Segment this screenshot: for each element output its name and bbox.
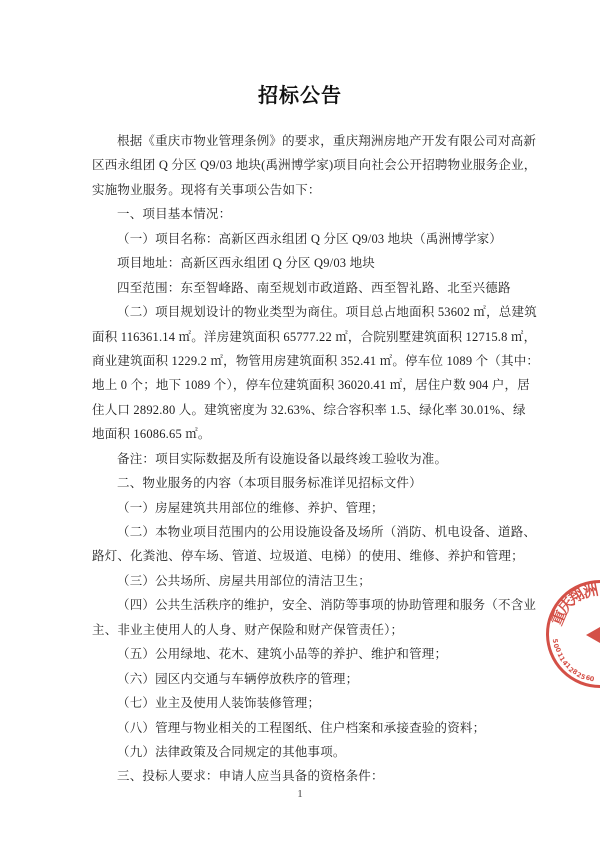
seal-arc-char: 庆	[554, 593, 579, 618]
seal-serial-digit: 0	[551, 641, 561, 651]
text-line: （三）公共场所、房屋共用部位的清洁卫生；	[92, 569, 522, 593]
text-line: 路灯、化粪池、停车场、管道、垃圾道、电梯）的使用、维修、养护和管理；	[92, 544, 522, 568]
text-line: 区西永组团 Q 分区 Q9/03 地块(禹洲博学家)项目向社会公开招聘物业服务企…	[92, 153, 522, 177]
text-line: 四至范围：东至智峰路、南至规划市政道路、西至智礼路、北至兴德路	[92, 276, 522, 300]
text-line: （四）公共生活秩序的维护，安全、消防等事项的协助管理和服务（不含业	[92, 593, 522, 617]
seal-serial-digit: 8	[569, 667, 580, 678]
document-title: 招标公告	[0, 84, 600, 108]
scanned-document-page: { "document": { "title": "招标公告", "page_n…	[0, 0, 600, 848]
seal-serial-digit: 0	[553, 645, 563, 655]
text-line: 主、非业主使用人的人身、财产保险和财产保管责任）；	[92, 618, 522, 642]
text-line: 住人口 2892.80 人。建筑密度为 32.63%、综合容积率 1.5、绿化率…	[92, 398, 522, 422]
text-line: 根据《重庆市物业管理条例》的要求，重庆翔洲房地产开发有限公司对高新	[92, 129, 522, 153]
seal-arc-char: 翔	[565, 585, 590, 610]
seal-serial-digit: 2	[565, 664, 576, 675]
seal-arc-char: 重	[548, 606, 572, 630]
seal-serial-digit: 1	[554, 649, 565, 660]
seal-ring-icon	[546, 580, 600, 688]
seal-serial-digit: 4	[559, 657, 570, 668]
text-line: 商业建筑面积 1229.2 ㎡，物管用房建筑面积 352.41 ㎡。停车位 10…	[92, 349, 522, 373]
text-line: 实施物业服务。现将有关事项公告如下：	[92, 178, 522, 202]
text-line: 项目地址：高新区西永组团 Q 分区 Q9/03 地块	[92, 251, 522, 275]
page-number: 1	[0, 788, 600, 800]
text-line: （六）园区内交通与车辆停放秩序的管理；	[92, 667, 522, 691]
seal-serial-digit: 0	[588, 675, 597, 684]
text-line: 备注：项目实际数据及所有设施设备以最终竣工验收为准。	[92, 447, 522, 471]
text-line: 面积 116361.14 ㎡。洋房建筑面积 65777.22 ㎡，合院别墅建筑面…	[92, 325, 522, 349]
text-line: 二、物业服务的内容（本项目服务标准详见招标文件）	[92, 471, 522, 495]
seal-serial-digit: 5	[551, 637, 560, 646]
text-line: （八）管理与物业相关的工程图纸、住户档案和承接查验的资料；	[92, 716, 522, 740]
text-line: （九）法律政策及合同规定的其他事项。	[92, 740, 522, 764]
seal-arc-char: 洲	[580, 581, 600, 602]
text-line: （七）业主及使用人装饰装修管理；	[92, 691, 522, 715]
seal-star-icon	[586, 627, 600, 643]
text-line: （一）房屋建筑共用部位的维修、养护、管理；	[92, 496, 522, 520]
seal-serial-digit: 5	[578, 671, 588, 681]
text-line: （五）公用绿地、花木、建筑小品等的养护、维护和管理；	[92, 642, 522, 666]
text-line: 一、项目基本情况：	[92, 202, 522, 226]
seal-serial-digit: 1	[562, 661, 573, 672]
seal-serial-digit: 2	[573, 669, 584, 680]
text-line: （二）本物业项目范围内的公用设施设备及场所（消防、机电设备、道路、	[92, 520, 522, 544]
company-seal: 重 庆 翔 洲 5 0 0 1 1 4 1 2 8 2 5 6 0	[540, 575, 600, 695]
text-line: （一）项目名称：高新区西永组团 Q 分区 Q9/03 地块（禹洲博学家）	[92, 227, 522, 251]
text-line: 地面积 16086.65 ㎡。	[92, 422, 522, 446]
text-line: 地上 0 个；地下 1089 个），停车位建筑面积 36020.41 ㎡，居住户…	[92, 373, 522, 397]
seal-serial-digit: 1	[556, 653, 567, 664]
document-body: 根据《重庆市物业管理条例》的要求，重庆翔洲房地产开发有限公司对高新 区西永组团 …	[92, 129, 522, 789]
text-line: （二）项目规划设计的物业类型为商住。项目总占地面积 53602 ㎡，总建筑	[92, 300, 522, 324]
seal-serial-digit: 6	[583, 673, 593, 683]
text-line: 三、投标人要求：申请人应当具备的资格条件：	[92, 764, 522, 788]
